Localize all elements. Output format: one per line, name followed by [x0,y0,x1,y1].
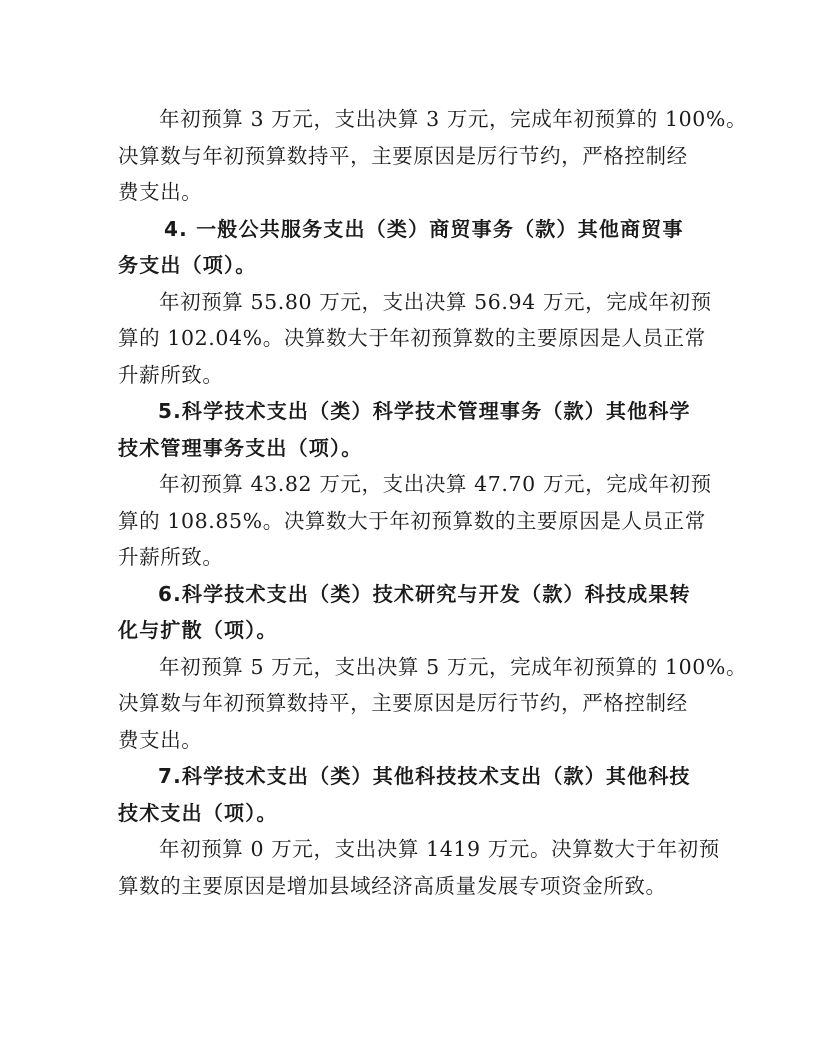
text-line: 年初预算 55.80 万元，支出决算 56.94 万元，完成年初预 [118,284,698,321]
heading-line: 6.科学技术支出（类）技术研究与开发（款）科技成果转 [118,576,698,613]
heading-line: 技术管理事务支出（项）。 [118,430,698,467]
heading-line: 化与扩散（项）。 [118,612,698,649]
heading-line: 7.科学技术支出（类）其他科技技术支出（款）其他科技 [118,758,698,795]
text-line: 年初预算 5 万元，支出决算 5 万元，完成年初预算的 100%。 [118,649,698,686]
heading-line: 5.科学技术支出（类）科学技术管理事务（款）其他科学 [118,393,698,430]
text-line: 年初预算 43.82 万元，支出决算 47.70 万元，完成年初预 [118,466,698,503]
paragraph-item-6-detail: 年初预算 5 万元，支出决算 5 万元，完成年初预算的 100%。 决算数与年初… [118,649,698,759]
text-line: 费支出。 [118,722,698,759]
heading-line: 技术支出（项）。 [118,795,698,832]
text-line: 算的 102.04%。决算数大于年初预算数的主要原因是人员正常 [118,320,698,357]
text-line: 决算数与年初预算数持平，主要原因是厉行节约，严格控制经 [118,685,698,722]
text-line: 升薪所致。 [118,357,698,394]
heading-line: 务支出（项）。 [118,247,698,284]
text-line: 费支出。 [118,174,698,211]
text-line: 升薪所致。 [118,539,698,576]
text-line: 年初预算 3 万元，支出决算 3 万元，完成年初预算的 100%。 [118,101,698,138]
heading-item-7: 7.科学技术支出（类）其他科技技术支出（款）其他科技 技术支出（项）。 [118,758,698,831]
heading-item-5: 5.科学技术支出（类）科学技术管理事务（款）其他科学 技术管理事务支出（项）。 [118,393,698,466]
document-page: 年初预算 3 万元，支出决算 3 万元，完成年初预算的 100%。 决算数与年初… [118,101,698,904]
heading-item-4: 4. 一般公共服务支出（类）商贸事务（款）其他商贸事 务支出（项）。 [118,211,698,284]
text-line: 年初预算 0 万元，支出决算 1419 万元。决算数大于年初预 [118,831,698,868]
paragraph-item-3-detail: 年初预算 3 万元，支出决算 3 万元，完成年初预算的 100%。 决算数与年初… [118,101,698,211]
paragraph-item-4-detail: 年初预算 55.80 万元，支出决算 56.94 万元，完成年初预 算的 102… [118,284,698,394]
paragraph-item-7-detail: 年初预算 0 万元，支出决算 1419 万元。决算数大于年初预 算数的主要原因是… [118,831,698,904]
text-line: 决算数与年初预算数持平，主要原因是厉行节约，严格控制经 [118,138,698,175]
text-line: 算数的主要原因是增加县域经济高质量发展专项资金所致。 [118,868,698,905]
heading-item-6: 6.科学技术支出（类）技术研究与开发（款）科技成果转 化与扩散（项）。 [118,576,698,649]
heading-line: 4. 一般公共服务支出（类）商贸事务（款）其他商贸事 [118,211,698,248]
paragraph-item-5-detail: 年初预算 43.82 万元，支出决算 47.70 万元，完成年初预 算的 108… [118,466,698,576]
text-line: 算的 108.85%。决算数大于年初预算数的主要原因是人员正常 [118,503,698,540]
